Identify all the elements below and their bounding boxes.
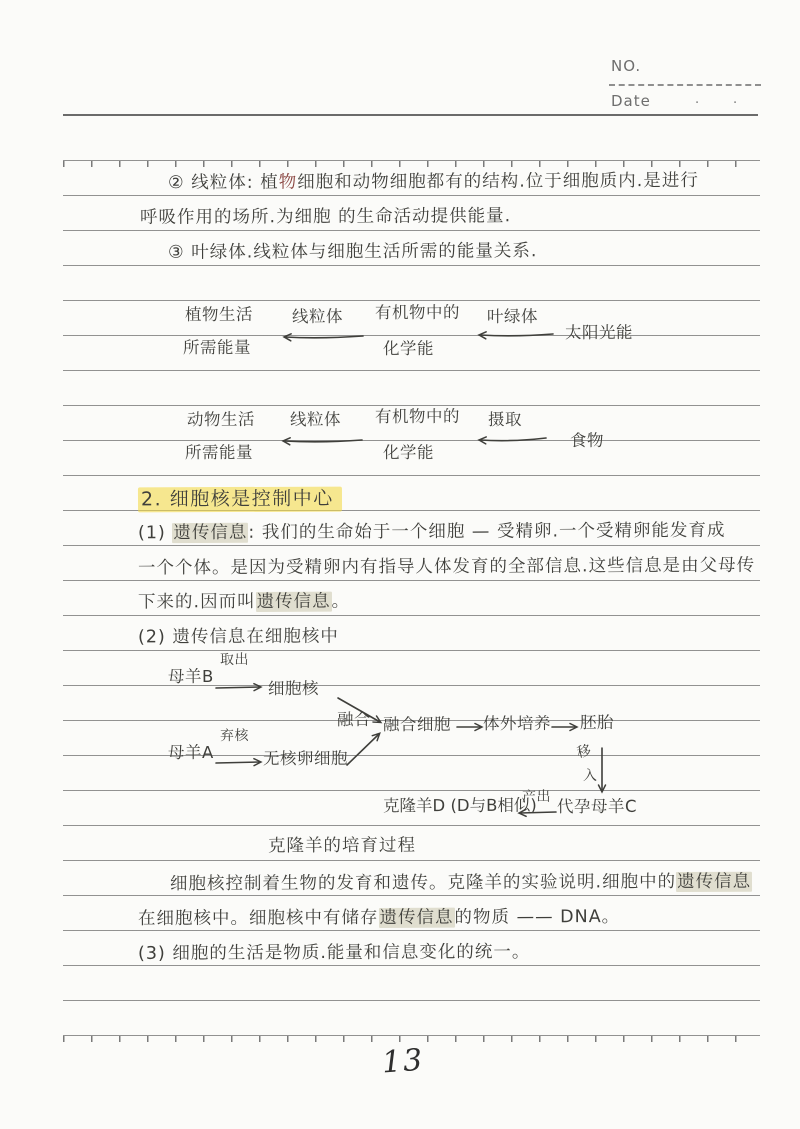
highlight-genetic-info: 遗传信息 — [172, 523, 248, 543]
clone-culture-in-vitro: 体外培养 — [483, 715, 551, 734]
date-label: Date — [611, 92, 651, 110]
summary-line-2: 在细胞核中。细胞核中有储存遗传信息的物质 —— DNA。 — [138, 907, 620, 929]
clone-ewe-b: 母羊B — [168, 668, 214, 687]
animal-chain-dest-line2: 所需能量 — [185, 444, 253, 463]
animal-chain-mid-line1: 有机物中的 — [375, 408, 460, 427]
no-dotted-line — [609, 84, 761, 86]
plant-chain-via-mitochondria: 线粒体 — [292, 308, 343, 327]
note-subheading-2: (2) 遗传信息在细胞核中 — [138, 627, 339, 648]
note-line-mitochondria-1: ② 线粒体: 植物细胞和动物细胞都有的结构.位于细胞质内.是进行 — [168, 171, 699, 193]
animal-chain-via-mitochondria: 线粒体 — [290, 411, 341, 430]
note-line-chloroplast: ③ 叶绿体.线粒体与细胞生活所需的能量关系. — [168, 241, 537, 263]
clone-surrogate-c: 代孕母羊C — [557, 798, 637, 817]
plant-chain-via-chloroplast: 叶绿体 — [487, 308, 538, 327]
highlight-genetic-info: 遗传信息 — [676, 872, 752, 892]
summary-line-3: (3) 细胞的生活是物质.能量和信息变化的统一。 — [138, 942, 531, 964]
highlighted-heading-text: 2. 细胞核是控制中心 — [138, 487, 342, 513]
note-line-mitochondria-2: 呼吸作用的场所.为细胞 的生命活动提供能量. — [140, 206, 511, 228]
note-text: 细胞核控制着生物的发育和遗传。克隆羊的实验说明.细胞中的 — [170, 872, 676, 894]
highlight-genetic-info: 遗传信息 — [256, 592, 332, 612]
animal-chain-via-ingest: 摄取 — [488, 411, 522, 430]
clone-label-transfer-1: 移 — [575, 743, 593, 762]
clone-embryo: 胚胎 — [580, 714, 614, 733]
clone-ewe-a: 母羊A — [168, 744, 214, 763]
clone-label-fuse: 融合 — [337, 711, 371, 730]
note-line-genetic-info-3: 下来的.因而叫遗传信息。 — [138, 592, 350, 613]
top-tick-marks — [63, 161, 760, 167]
animal-chain-mid-line2: 化学能 — [383, 444, 434, 463]
clone-fused-cell: 融合细胞 — [383, 716, 451, 735]
notebook-page: NO. Date · · ② 线粒体: 植物细胞和动物细胞都有的结构.位于细胞质… — [0, 0, 800, 1129]
animal-chain-source-food: 食物 — [570, 432, 604, 451]
clone-enucleated-egg: 无核卵细胞 — [263, 750, 348, 769]
summary-line-1: 细胞核控制着生物的发育和遗传。克隆羊的实验说明.细胞中的遗传信息 — [170, 872, 752, 895]
plant-chain-dest-line1: 植物生活 — [185, 306, 253, 325]
page-number: 13 — [381, 1043, 426, 1081]
bottom-tick-marks — [63, 1036, 760, 1042]
note-text: 细胞和动物细胞都有的结构.位于细胞质内.是进行 — [297, 171, 699, 193]
clone-label-remove-nucleus: 弃核 — [220, 728, 249, 744]
date-separator-dot: · — [733, 96, 737, 111]
note-line-genetic-info-2: 一个个体。是因为受精卵内有指导人体发育的全部信息.这些信息是由父母传 — [138, 556, 755, 579]
note-line-genetic-info-1: (1) 遗传信息: 我们的生命始于一个细胞 — 受精卵.一个受精卵能发育成 — [138, 521, 726, 544]
plant-chain-mid-line2: 化学能 — [383, 340, 434, 359]
section-heading-nucleus: 2. 细胞核是控制中心 — [138, 489, 342, 512]
clone-label-transfer-2: 入 — [583, 768, 598, 784]
note-text: 。 — [332, 592, 351, 612]
plant-chain-mid-line1: 有机物中的 — [375, 304, 460, 323]
note-text: 在细胞核中。细胞核中有储存 — [138, 908, 379, 929]
clone-cell-nucleus: 细胞核 — [268, 680, 319, 699]
red-corrected-char: 物 — [279, 173, 298, 193]
clone-diagram-caption: 克隆羊的培育过程 — [268, 836, 416, 857]
highlight-genetic-info: 遗传信息 — [378, 908, 454, 928]
clone-label-take-out: 取出 — [220, 652, 249, 668]
no-label: NO. — [611, 57, 641, 75]
plant-chain-dest-line2: 所需能量 — [183, 339, 251, 358]
note-text: 的物质 —— DNA。 — [454, 907, 620, 928]
clone-label-deliver: 产出 — [522, 789, 551, 805]
header-rule-line — [63, 114, 758, 116]
note-text: (1) — [138, 523, 172, 543]
plant-chain-source-sunlight: 太阳光能 — [565, 324, 633, 343]
note-text: 下来的.因而叫 — [138, 592, 256, 613]
clone-sheep-d: 克隆羊D (D与B相似) — [383, 797, 537, 817]
animal-chain-dest-line1: 动物生活 — [187, 411, 255, 430]
note-text: : 我们的生命始于一个细胞 — 受精卵.一个受精卵能发育成 — [248, 521, 725, 543]
date-separator-dot: · — [695, 96, 699, 111]
note-text: ② 线粒体: 植 — [168, 173, 279, 193]
